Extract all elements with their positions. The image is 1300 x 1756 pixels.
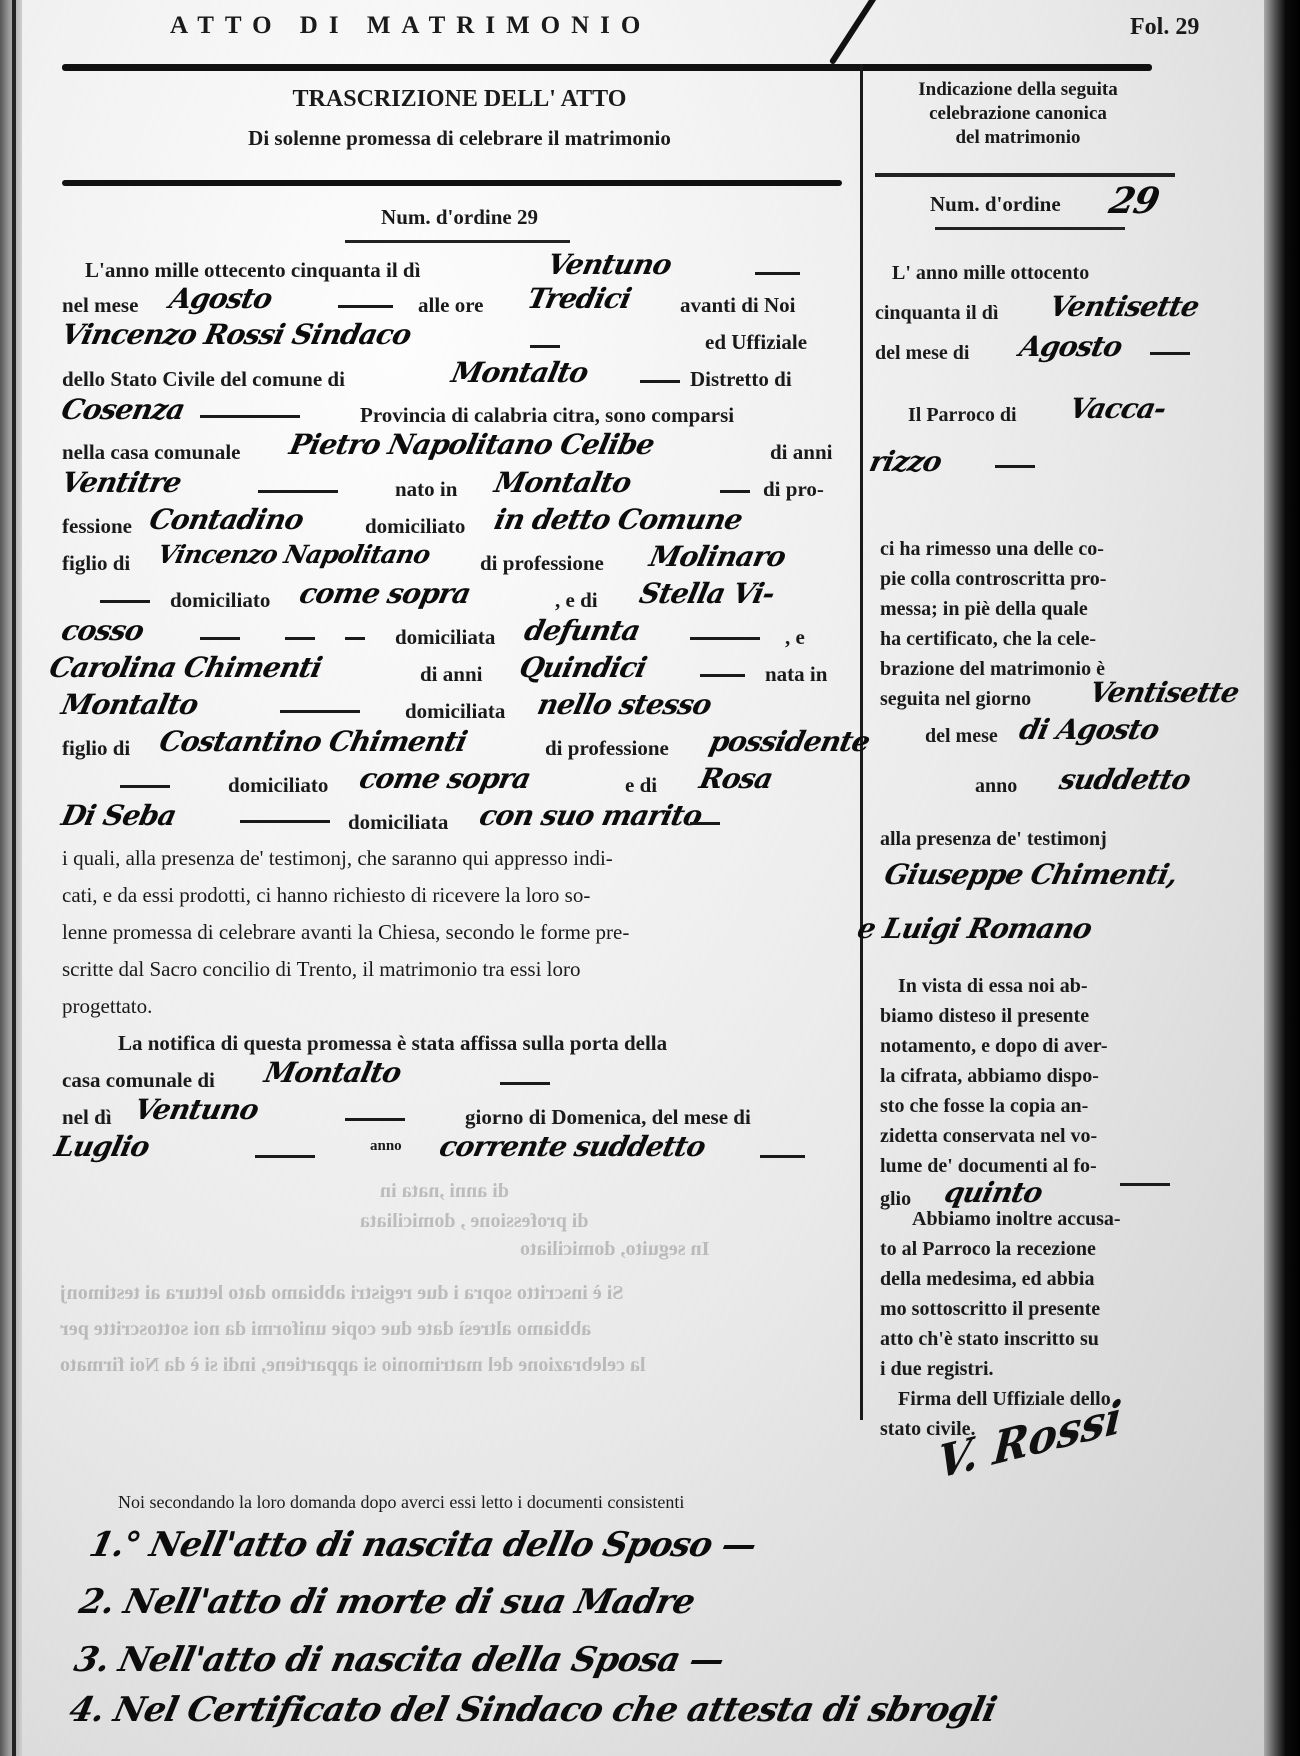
printed-text: di professione xyxy=(480,551,604,576)
fill-dash xyxy=(285,637,315,640)
right-heading-line: Indicazione della seguita xyxy=(868,78,1168,102)
left-order-number: Num. d'ordine 29 xyxy=(62,205,857,230)
printed-text: domiciliato xyxy=(170,588,270,613)
fill-dash xyxy=(240,820,330,823)
handwritten-bride-mother-residence: con suo marito xyxy=(476,799,704,832)
printed-text: domiciliata xyxy=(348,810,448,835)
fill-dash xyxy=(690,637,760,640)
paragraph-line: i due registri. xyxy=(880,1358,994,1381)
handwritten-groom-age: Ventitre xyxy=(58,466,183,499)
handwritten-witness-1: Giuseppe Chimenti, xyxy=(881,858,1180,891)
printed-text: seguita nel giorno xyxy=(880,688,1031,711)
printed-text: di anni xyxy=(420,662,482,687)
printed-text: domiciliato xyxy=(365,514,465,539)
printed-text: del mese xyxy=(925,725,998,748)
paragraph-line: to al Parroco la recezione xyxy=(880,1238,1096,1261)
paragraph-line: lume de' documenti al fo- xyxy=(880,1155,1097,1178)
handwritten-notice-month: Luglio xyxy=(51,1130,152,1163)
handwritten-month: Agosto xyxy=(166,282,274,315)
handwritten-bride-father-profession: possidente xyxy=(706,725,872,758)
printed-text: cinquanta il dì xyxy=(875,302,998,325)
fill-dash xyxy=(100,600,150,603)
fill-dash xyxy=(120,785,170,788)
printed-text: del mese di xyxy=(875,342,969,365)
handwritten-bride-father-residence: come sopra xyxy=(356,762,533,795)
printed-text: casa comunale di xyxy=(62,1068,215,1093)
handwritten-father-profession: Molinaro xyxy=(646,540,788,573)
printed-text: avanti di Noi xyxy=(680,293,796,318)
handwritten-seguita-day: Ventisette xyxy=(1086,676,1241,709)
handwritten-seguita-month: di Agosto xyxy=(1016,713,1161,746)
handwritten-day: Ventuno xyxy=(544,248,674,281)
handwritten-notice-comune: Montalto xyxy=(261,1056,403,1089)
left-heading: TRASCRIZIONE DELL' ATTO xyxy=(62,86,857,113)
fill-dash xyxy=(345,637,365,640)
handwritten-hour: Tredici xyxy=(524,282,633,315)
printed-text: nel mese xyxy=(62,293,138,318)
witness-label: alla presenza de' testimonj xyxy=(880,828,1107,851)
paragraph-line: mo sottoscritto il presente xyxy=(880,1298,1100,1321)
handwritten-parish: Vacca- xyxy=(1066,392,1168,425)
document-item: 3. Nell'atto di nascita della Sposa — xyxy=(71,1640,727,1680)
handwritten-residence: in detto Comune xyxy=(491,503,745,536)
paragraph-line: la cifrata, abbiamo dispo- xyxy=(880,1065,1099,1088)
printed-text: nel dì xyxy=(62,1105,112,1130)
paragraph-line: notamento, e dopo di aver- xyxy=(880,1035,1108,1058)
handwritten-birthplace: Montalto xyxy=(491,466,633,499)
printed-text: di pro- xyxy=(763,477,824,502)
paragraph-line: sto che fosse la copia an- xyxy=(880,1095,1088,1118)
handwritten-bride-mother-surname: Di Seba xyxy=(58,799,178,832)
printed-text: nato in xyxy=(395,477,457,502)
paragraph-line: In vista di essa noi ab- xyxy=(898,975,1088,998)
printed-text: domiciliata xyxy=(395,625,495,650)
notice-line: La notifica di questa promessa è stata a… xyxy=(118,1031,667,1056)
printed-text: alle ore xyxy=(418,293,484,318)
printed-text: , e di xyxy=(555,588,598,613)
handwritten-celebration-month: Agosto xyxy=(1016,330,1124,363)
handwritten-mother-status: defunta xyxy=(521,614,642,647)
handwritten-comune: Montalto xyxy=(448,356,590,389)
handwritten-notice-day: Ventuno xyxy=(131,1093,261,1126)
printed-text: anno xyxy=(975,775,1017,798)
bleed-line: abbiamo altresì date due copie uniformi … xyxy=(60,1318,591,1341)
printed-text: giorno di Domenica, del mese di xyxy=(465,1105,751,1130)
fill-dash xyxy=(345,1118,405,1121)
right-heading-rule xyxy=(875,173,1175,177)
printed-text: figlio di xyxy=(62,551,130,576)
handwritten-bride-age: Quindici xyxy=(516,651,649,684)
paragraph-line: biamo disteso il presente xyxy=(880,1005,1089,1028)
paragraph-line: scritte dal Sacro concilio di Trento, il… xyxy=(62,957,581,982)
right-heading-line: celebrazione canonica xyxy=(868,102,1168,126)
printed-text: ed Uffiziale xyxy=(705,330,807,355)
documents-intro: Noi secondando la loro domanda dopo aver… xyxy=(118,1492,684,1513)
fill-dash xyxy=(995,465,1035,468)
printed-text: Provincia di calabria citra, sono compar… xyxy=(360,403,734,428)
fill-dash xyxy=(1120,1183,1170,1186)
right-order-label: Num. d'ordine xyxy=(930,192,1061,217)
printed-text: glio xyxy=(880,1188,911,1211)
bleed-line: di professione , domiciliata xyxy=(360,1210,589,1233)
printed-text: fessione xyxy=(62,514,132,539)
document-item: 1.° Nell'atto di nascita dello Sposo — xyxy=(86,1525,760,1565)
bleed-line: In seguito, domiciliato xyxy=(520,1238,709,1261)
paragraph-line: i quali, alla presenza de' testimonj, ch… xyxy=(62,846,613,871)
printed-text: figlio di xyxy=(62,736,130,761)
paragraph-line: messa; in piè della quale xyxy=(880,598,1088,621)
handwritten-father-residence: come sopra xyxy=(296,577,473,610)
document-item: 2. Nell'atto di morte di sua Madre xyxy=(76,1582,698,1622)
printed-text: L'anno mille ottecento cinquanta il dì xyxy=(85,258,420,283)
handwritten-parish-cont: rizzo xyxy=(866,445,944,478)
paragraph-line: ci ha rimesso una delle co- xyxy=(880,538,1104,561)
handwritten-witness-2: e Luigi Romano xyxy=(854,912,1094,945)
printed-text: anno xyxy=(370,1138,402,1155)
paragraph-line: cati, e da essi prodotti, ci hanno richi… xyxy=(62,883,590,908)
fill-dash xyxy=(255,1155,315,1158)
fill-dash xyxy=(760,1155,805,1158)
left-subheading: Di solenne promessa di celebrare il matr… xyxy=(62,126,857,151)
handwritten-folio: quinto xyxy=(941,1176,1045,1209)
fill-dash xyxy=(200,415,300,418)
document-title: ATTO DI MATRIMONIO xyxy=(170,12,651,40)
paragraph-line: pie colla controscritta pro- xyxy=(880,568,1106,591)
handwritten-bride-father: Costantino Chimenti xyxy=(156,725,469,758)
printed-text: L' anno mille ottocento xyxy=(892,262,1089,285)
fill-dash xyxy=(200,637,240,640)
page-left-binding xyxy=(0,0,22,1756)
handwritten-bride-mother-name: Rosa xyxy=(696,762,775,795)
fill-dash xyxy=(530,345,560,348)
bleed-line: Si è inscritto sopra i due registri abbi… xyxy=(60,1282,623,1305)
fill-dash xyxy=(700,674,745,677)
handwritten-bride-name: Carolina Chimenti xyxy=(46,651,324,684)
left-heading-rule xyxy=(62,180,842,186)
printed-text: , e xyxy=(785,625,805,650)
printed-text: nella casa comunale xyxy=(62,440,241,465)
handwritten-celebration-day: Ventisette xyxy=(1046,290,1201,323)
printed-text: Il Parroco di xyxy=(908,404,1017,427)
printed-text: e di xyxy=(625,773,657,798)
handwritten-notice-year: corrente suddetto xyxy=(436,1130,708,1163)
fill-dash xyxy=(280,710,360,713)
page-right-edge xyxy=(1264,0,1300,1756)
fill-dash xyxy=(720,490,750,493)
bleed-line: di anni ,nata in xyxy=(380,1180,509,1203)
bleed-line: la celebrazione del matrimonio si appart… xyxy=(60,1354,646,1377)
handwritten-groom-name: Pietro Napolitano Celibe xyxy=(286,428,657,461)
fill-dash xyxy=(1150,352,1190,355)
paragraph-line: lenne promessa di celebrare avanti la Ch… xyxy=(62,920,629,945)
paragraph-line: della medesima, ed abbia xyxy=(880,1268,1094,1291)
document-item: 4. Nel Certificato del Sindaco che attes… xyxy=(66,1690,1000,1730)
printed-text: dello Stato Civile del comune di xyxy=(62,367,345,392)
handwritten-right-order-number: 29 xyxy=(1106,180,1163,222)
right-heading-line: del matrimonio xyxy=(868,126,1168,150)
paragraph-line: progettato. xyxy=(62,994,152,1019)
handwritten-officer: Vincenzo Rossi Sindaco xyxy=(58,318,413,351)
handwritten-mother-name: Stella Vi- xyxy=(636,577,777,610)
top-rule xyxy=(62,64,1152,71)
printed-text: di professione xyxy=(545,736,669,761)
handwritten-seguita-year: suddetto xyxy=(1056,763,1193,796)
paragraph-line: brazione del matrimonio è xyxy=(880,658,1105,681)
printed-text: nata in xyxy=(765,662,827,687)
printed-text: domiciliata xyxy=(405,699,505,724)
paragraph-line: ha certificato, che la cele- xyxy=(880,628,1096,651)
handwritten-bride-residence: nello stesso xyxy=(534,688,714,721)
right-heading: Indicazione della seguita celebrazione c… xyxy=(868,78,1168,150)
printed-text: di anni xyxy=(770,440,832,465)
fill-dash xyxy=(338,305,393,308)
paragraph-line: Abbiamo inoltre accusa- xyxy=(912,1208,1121,1231)
fill-dash xyxy=(640,380,680,383)
fill-dash xyxy=(500,1082,550,1085)
paragraph-line: atto ch'è stato inscritto su xyxy=(880,1328,1099,1351)
printed-text: Distretto di xyxy=(690,367,792,392)
handwritten-mother-surname: cosso xyxy=(58,614,146,647)
fill-dash xyxy=(755,272,800,275)
handwritten-father-name: Vincenzo Napolitano xyxy=(155,540,432,569)
fill-dash xyxy=(258,490,338,493)
handwritten-bride-birthplace: Montalto xyxy=(58,688,200,721)
handwritten-district: Cosenza xyxy=(58,393,187,426)
printed-text: domiciliato xyxy=(228,773,328,798)
folio-number: Fol. 29 xyxy=(1130,14,1199,41)
order-underline xyxy=(345,240,570,243)
paragraph-line: zidetta conservata nel vo- xyxy=(880,1125,1097,1148)
handwritten-profession: Contadino xyxy=(146,503,306,536)
fill-dash xyxy=(690,822,720,825)
right-order-underline xyxy=(935,227,1125,230)
